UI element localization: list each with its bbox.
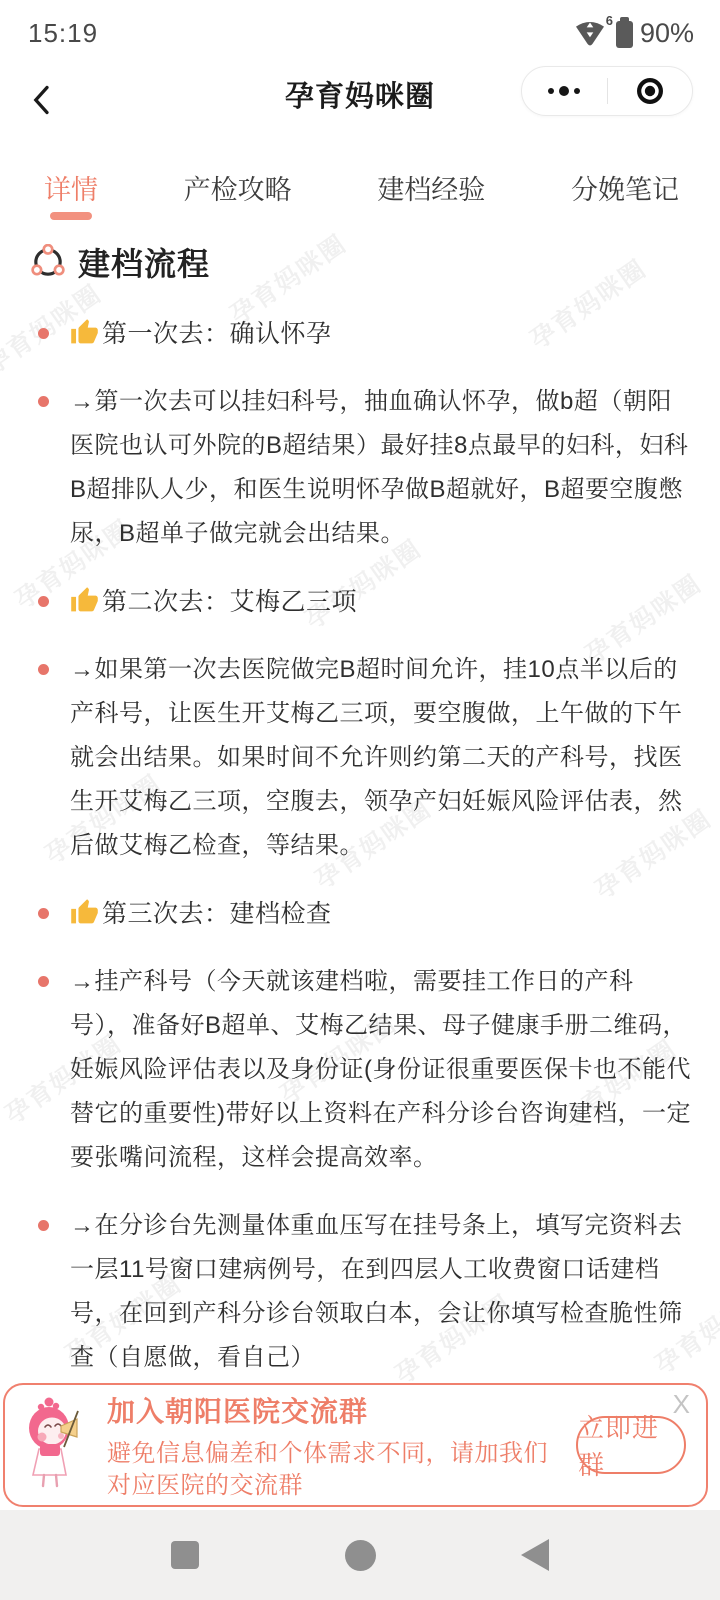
home-button[interactable] bbox=[273, 1540, 448, 1571]
tab-3[interactable]: 建档经验 bbox=[377, 160, 485, 226]
network-signal-icon: 6 bbox=[573, 17, 609, 49]
thumbs-up-icon bbox=[70, 898, 99, 927]
android-nav-bar bbox=[0, 1510, 720, 1600]
paragraph-item: →如果第一次去医院做完B超时间允许，挂10点半以后的产科号，让医生开艾梅乙三项，… bbox=[0, 648, 720, 868]
banner-subtitle: 避免信息偏差和个体需求不同，请加我们对应医院的交流群 bbox=[107, 1438, 567, 1502]
thumbs-up-icon bbox=[70, 586, 99, 615]
item-text: 第一次去：确认怀孕 bbox=[102, 320, 332, 348]
status-bar: 15:19 6 90% bbox=[0, 0, 720, 60]
banner-close-button[interactable]: X bbox=[673, 1391, 690, 1417]
item-text: 第三次去：建档检查 bbox=[102, 900, 332, 928]
recents-square-icon bbox=[171, 1541, 199, 1569]
join-group-button[interactable]: 立即进群 bbox=[576, 1416, 686, 1474]
paragraph-item: →挂产科号（今天就该建档啦，需要挂工作日的产科号），准备好B超单、艾梅乙结果、母… bbox=[0, 960, 720, 1180]
close-miniprogram-button[interactable] bbox=[608, 67, 693, 115]
status-time: 15:19 bbox=[28, 18, 98, 49]
tab-4[interactable]: 分娩笔记 bbox=[571, 160, 679, 226]
thumbs-up-icon bbox=[70, 318, 99, 347]
item-text: →如果第一次去医院做完B超时间允许，挂10点半以后的产科号，让医生开艾梅乙三项，… bbox=[70, 656, 683, 859]
back-triangle-icon bbox=[521, 1539, 549, 1571]
banner-title: 加入朝阳医院交流群 bbox=[107, 1390, 570, 1430]
more-dots-icon bbox=[548, 86, 580, 96]
battery-percent: 90% bbox=[640, 18, 694, 49]
step-heading-item: 第二次去：艾梅乙三项 bbox=[0, 580, 720, 624]
tab-bar: 详情产检攻略建档经验分娩笔记 bbox=[0, 160, 720, 226]
target-icon bbox=[633, 74, 667, 108]
banner-texts: 加入朝阳医院交流群 避免信息偏差和个体需求不同，请加我们对应医院的交流群 bbox=[107, 1388, 570, 1502]
tab-2[interactable]: 产检攻略 bbox=[184, 160, 292, 226]
battery-icon bbox=[616, 21, 633, 48]
more-menu-button[interactable] bbox=[522, 67, 607, 115]
join-group-banner: X 加入朝阳医院交流群 避免信息偏差和个体需求不同，请加我们对应医院的交流群 立… bbox=[3, 1383, 708, 1507]
step-heading-item: 第三次去：建档检查 bbox=[0, 892, 720, 936]
nav-bar: 孕育妈咪圈 bbox=[0, 60, 720, 142]
item-text: →挂产科号（今天就该建档啦，需要挂工作日的产科号），准备好B超单、艾梅乙结果、母… bbox=[70, 968, 691, 1171]
paragraph-item: →第一次去可以挂妇科号，抽血确认怀孕，做b超（朝阳医院也认可外院的B超结果）最好… bbox=[0, 380, 720, 556]
tab-1[interactable]: 详情 bbox=[44, 160, 98, 226]
mascot-image bbox=[23, 1395, 89, 1495]
miniprogram-capsule bbox=[521, 66, 693, 116]
item-text: →第一次去可以挂妇科号，抽血确认怀孕，做b超（朝阳医院也认可外院的B超结果）最好… bbox=[70, 388, 688, 547]
android-back-button[interactable] bbox=[448, 1539, 623, 1571]
paragraph-item: →在分诊台先测量体重血压写在挂号条上，填写完资料去一层11号窗口建病例号，在到四… bbox=[0, 1204, 720, 1380]
step-heading-item: 第一次去：确认怀孕 bbox=[0, 312, 720, 356]
content-list: 第一次去：确认怀孕→第一次去可以挂妇科号，抽血确认怀孕，做b超（朝阳医院也认可外… bbox=[0, 312, 720, 1380]
item-text: →在分诊台先测量体重血压写在挂号条上，填写完资料去一层11号窗口建病例号，在到四… bbox=[70, 1212, 683, 1371]
molecule-icon bbox=[30, 244, 66, 280]
item-text: 第二次去：艾梅乙三项 bbox=[102, 588, 357, 616]
network-badge: 6 bbox=[606, 13, 613, 28]
app-screen: 孕育妈咪圈孕育妈咪圈孕育妈咪圈孕育妈咪圈孕育妈咪圈孕育妈咪圈孕育妈咪圈孕育妈咪圈… bbox=[0, 0, 720, 1600]
home-circle-icon bbox=[345, 1540, 376, 1571]
section-title: 建档流程 bbox=[78, 239, 210, 285]
recents-button[interactable] bbox=[98, 1541, 273, 1569]
section-heading: 建档流程 bbox=[30, 236, 720, 288]
